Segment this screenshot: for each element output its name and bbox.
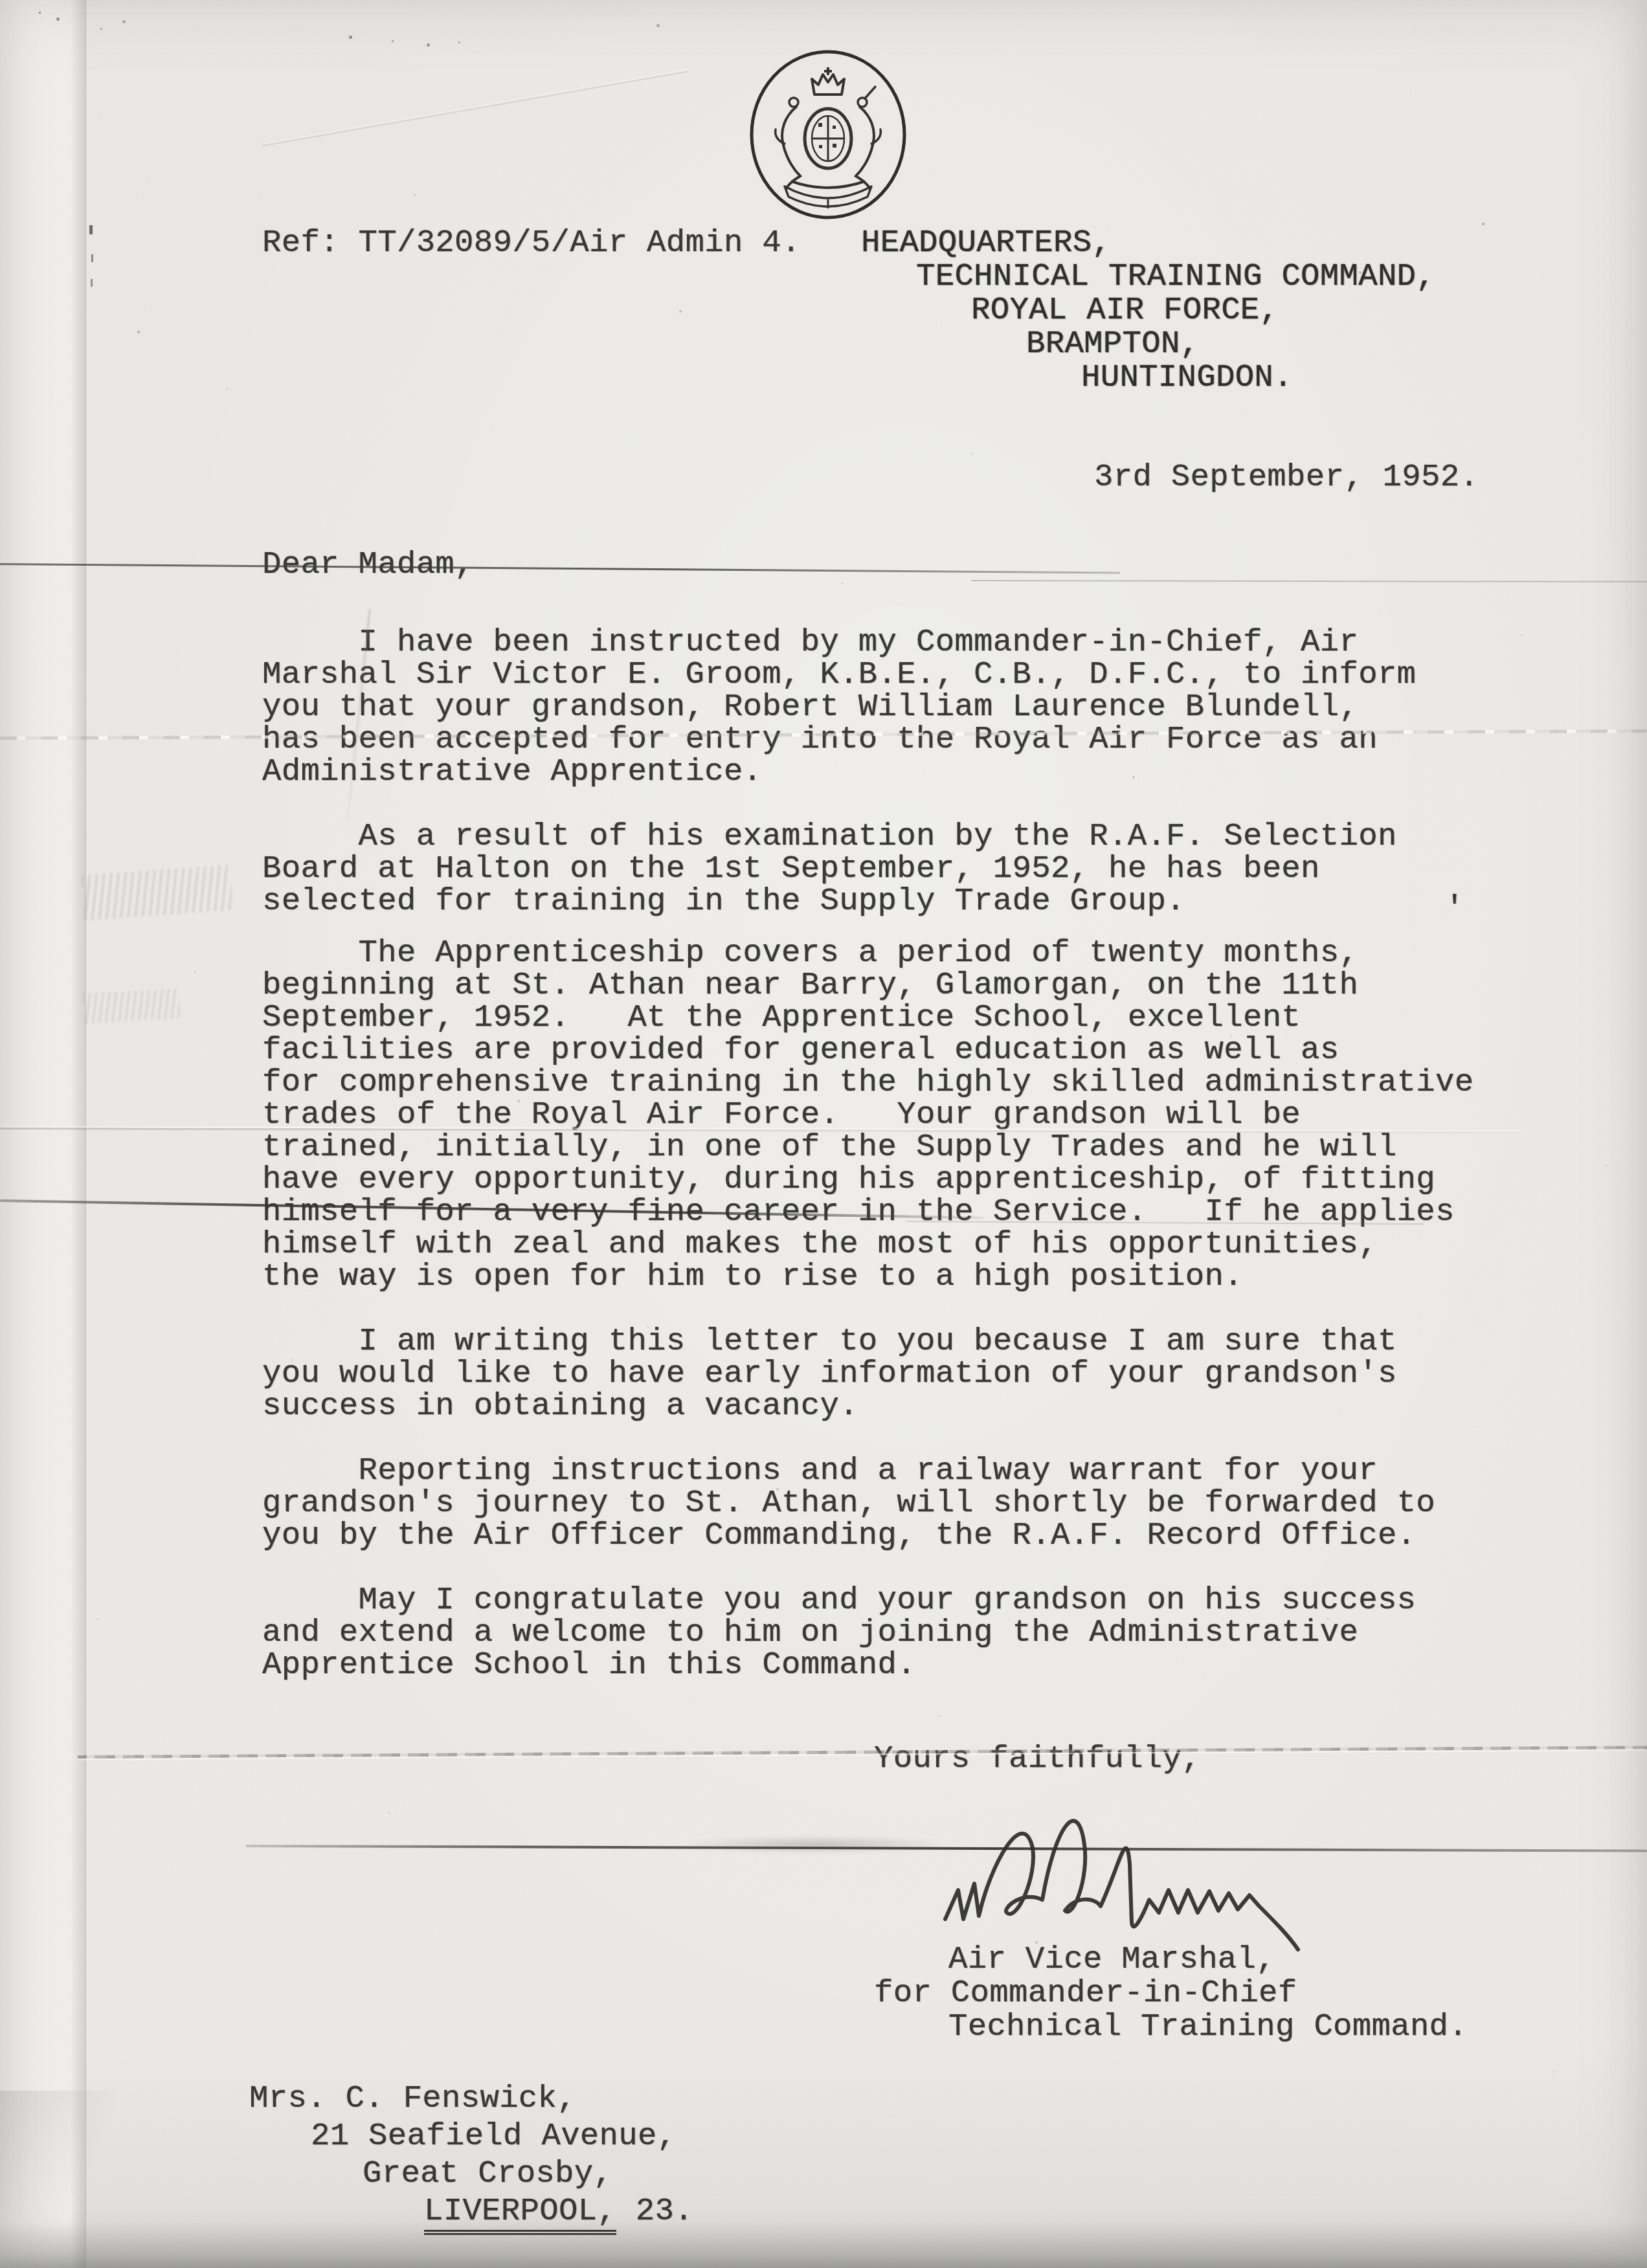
hq-address-line: HEADQUARTERS, bbox=[861, 227, 1111, 259]
signatory-command: Technical Training Command. bbox=[948, 2010, 1468, 2043]
body-paragraph-6: May I congratulate you and your grandson… bbox=[262, 1584, 1416, 1681]
ink-smudge-left-margin-2 bbox=[82, 988, 181, 1023]
signatory-rank: Air Vice Marshal, bbox=[948, 1943, 1275, 1975]
hq-address-line: HUNTINGDON. bbox=[1081, 361, 1293, 394]
recipient-street: 21 Seafield Avenue, bbox=[311, 2120, 676, 2152]
salutation: Dear Madam, bbox=[262, 548, 474, 581]
body-paragraph-2: As a result of his examination by the R.… bbox=[262, 820, 1397, 917]
body-paragraph-4: I am writing this letter to you because … bbox=[262, 1325, 1397, 1422]
crease-smudge-signature bbox=[680, 1836, 952, 1854]
body-paragraph-3: The Apprenticeship covers a period of tw… bbox=[262, 937, 1473, 1293]
hq-address-line: BRAMPTON, bbox=[1026, 328, 1199, 360]
body-paragraph-1: I have been instructed by my Commander-i… bbox=[262, 626, 1416, 788]
scanned-letter-page: Ref: TT/32089/5/Air Admin 4. HEADQUARTER… bbox=[0, 0, 1647, 2268]
paper-left-edge bbox=[0, 0, 86, 2268]
recipient-name: Mrs. C. Fenswick, bbox=[249, 2082, 576, 2115]
paper-corner-specks bbox=[39, 12, 41, 14]
body-paragraph-5: Reporting instructions and a railway war… bbox=[262, 1454, 1435, 1551]
hq-address-line: ROYAL AIR FORCE, bbox=[971, 294, 1279, 326]
paper-noise-specks bbox=[0, 0, 1, 1]
fold-crease-top bbox=[262, 69, 689, 146]
hq-address-line: TECHNICAL TRAINING COMMAND, bbox=[916, 260, 1435, 293]
valediction: Yours faithfully, bbox=[874, 1742, 1201, 1775]
fold-crease-valediction bbox=[78, 1746, 1647, 1759]
paper-corner-shadow bbox=[0, 2091, 129, 2268]
signatory-for: for Commander-in-Chief bbox=[874, 1977, 1297, 2009]
paper-bottom-shadow bbox=[0, 2221, 1647, 2268]
crease-through-salutation-faint bbox=[971, 580, 1647, 583]
recipient-town: Great Crosby, bbox=[363, 2157, 612, 2190]
royal-crest-icon bbox=[746, 47, 910, 223]
ref-line: Ref: TT/32089/5/Air Admin 4. bbox=[262, 227, 801, 259]
date-line: 3rd September, 1952. bbox=[1094, 461, 1479, 493]
stray-mark: ' bbox=[1445, 892, 1464, 924]
crease-through-salutation bbox=[0, 563, 1120, 574]
paper-edge-marks bbox=[89, 225, 93, 234]
ink-smudge-left-margin bbox=[82, 865, 233, 920]
